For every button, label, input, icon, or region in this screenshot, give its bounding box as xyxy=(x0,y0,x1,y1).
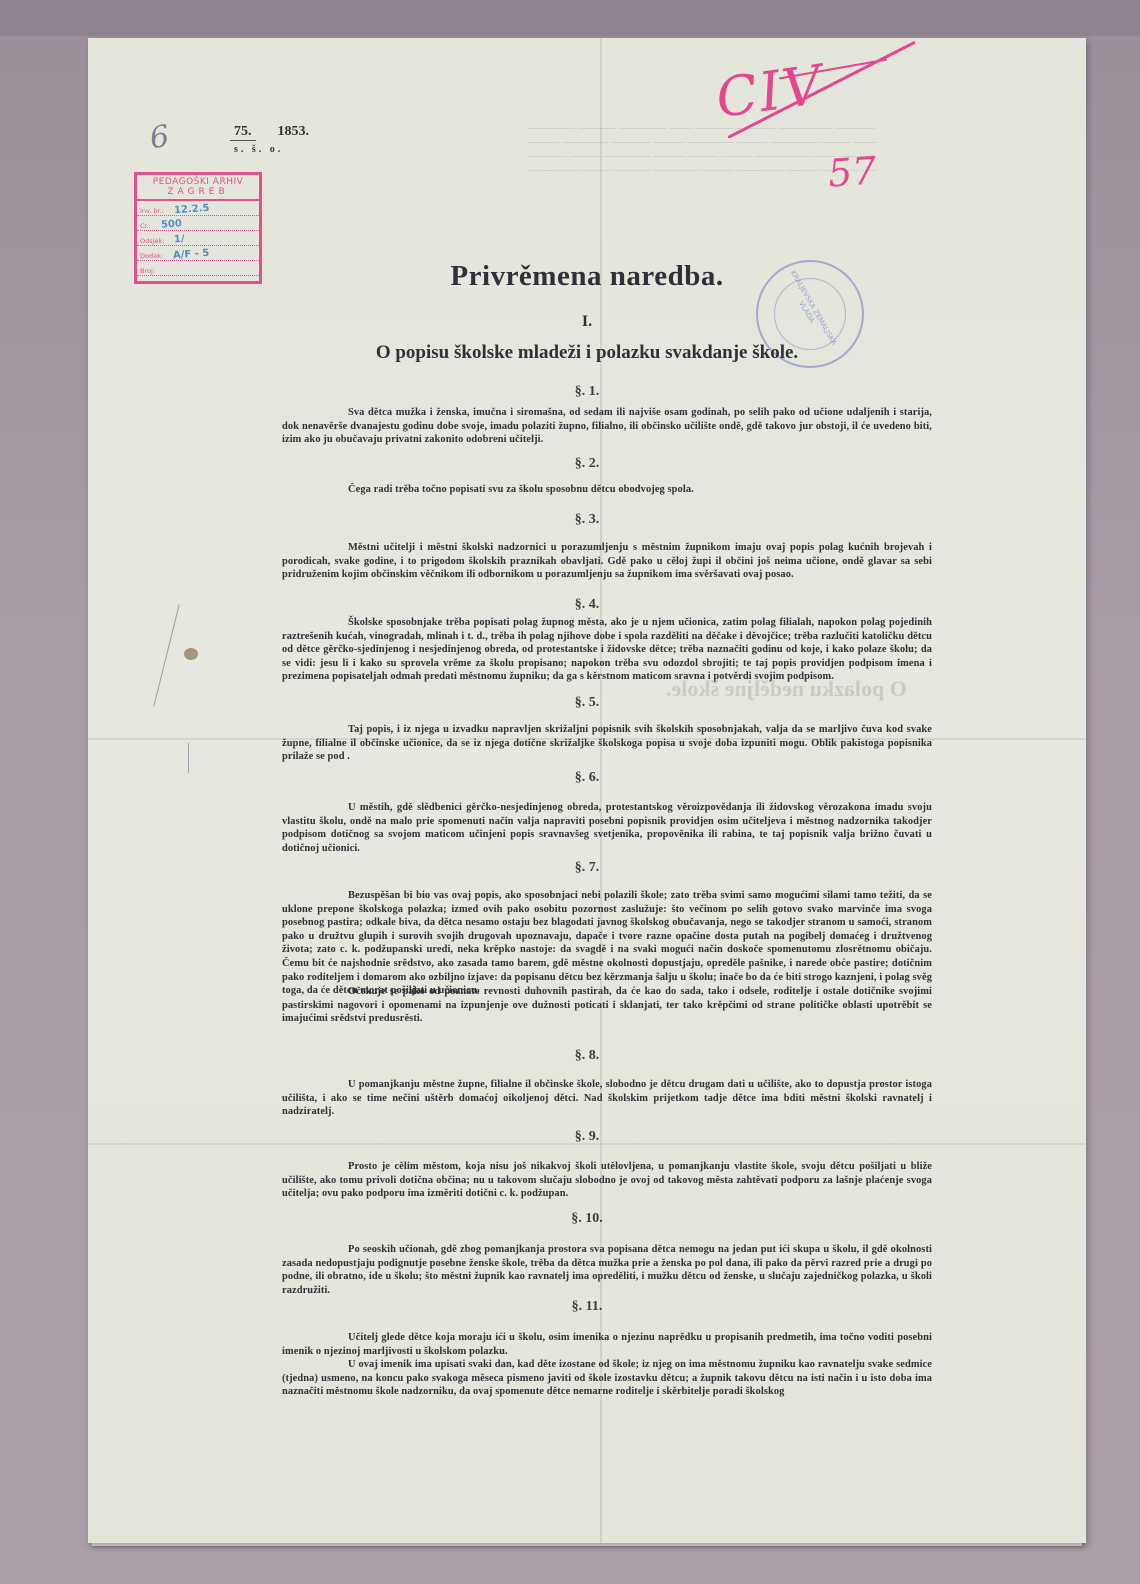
pencil-mark xyxy=(153,604,179,706)
section-heading: §. 10. xyxy=(88,1211,1086,1227)
section-paragraph: Taj popis, i iz njega u izvadku napravlj… xyxy=(282,723,932,764)
paragraph-text: Učitelj glede dětce koja moraju ići u šk… xyxy=(282,1331,932,1358)
archive-stamp-row: Inv. br.:12.2.5 xyxy=(137,201,259,216)
handwritten-page-number: 6 xyxy=(148,119,172,156)
section-heading: §. 5. xyxy=(88,695,1086,711)
archive-stamp-title: PEDAGOŠKI ARHIV xyxy=(137,177,259,187)
stamp-row-label: Odsjek: xyxy=(140,237,164,245)
section-heading: §. 7. xyxy=(88,860,1086,876)
archive-stamp-row: Dodak:A/F - 5 xyxy=(137,246,259,261)
reference-sub: s. š. o. xyxy=(234,144,283,155)
archive-stamp-city: ZAGREB xyxy=(137,187,259,201)
stamp-row-label: Inv. br.: xyxy=(140,207,164,215)
section-paragraph: Po seoskih učionah, gdě zbog pomanjkanja… xyxy=(282,1243,932,1297)
document-subtitle: O popisu školske mladeži i polazku svakd… xyxy=(88,342,1086,364)
section-heading: §. 2. xyxy=(88,456,1086,472)
section-heading: §. 8. xyxy=(88,1048,1086,1064)
red-annotation-top: CIV xyxy=(712,53,827,130)
reference-number: 75.1853. xyxy=(230,124,309,141)
section-paragraph: Městni učitelji i městni školski nadzorn… xyxy=(282,541,932,582)
section-heading: §. 9. xyxy=(88,1129,1086,1145)
section-heading: §. 6. xyxy=(88,770,1086,786)
section-paragraph: U městih, gdě slědbenici gěrčko-nesjedin… xyxy=(282,801,932,855)
archive-stamp-row: Cr.:500 xyxy=(137,216,259,231)
part-number: I. xyxy=(88,313,1086,331)
paragraph-text: Prosto je cělim městom, koja nisu još ni… xyxy=(282,1160,932,1201)
section-paragraph: Čega radi trěba točno popisati svu za šk… xyxy=(282,483,932,497)
archive-stamp-row: Odsjek:1/ xyxy=(137,231,259,246)
section-paragraph: Učitelj glede dětce koja moraju ići u šk… xyxy=(282,1331,932,1358)
paragraph-text: Očekuje se pako od poznate revnosti duho… xyxy=(282,985,932,1026)
red-annotation-bottom: 57 xyxy=(827,148,878,195)
paragraph-text: Čega radi trěba točno popisati svu za šk… xyxy=(282,483,932,497)
section-paragraph: U pomanjkanju městne župne, filialne il … xyxy=(282,1078,932,1119)
section-heading: §. 3. xyxy=(88,512,1086,528)
paragraph-text: U pomanjkanju městne župne, filialne il … xyxy=(282,1078,932,1119)
section-paragraph: Očekuje se pako od poznate revnosti duho… xyxy=(282,985,932,1026)
paragraph-text: Taj popis, i iz njega u izvadku napravlj… xyxy=(282,723,932,764)
stamp-row-value: 1/ xyxy=(174,234,185,246)
section-paragraph: Bezuspěšan bi bio vas ovaj popis, ako sp… xyxy=(282,889,932,998)
paragraph-text: Sva dětca mužka i ženska, imučna i sirom… xyxy=(282,406,932,447)
section-paragraph: U ovaj imenik ima upisati svaki dan, kad… xyxy=(282,1358,932,1399)
document-title: Privrěmena naredba. xyxy=(88,260,1086,293)
paragraph-text: Po seoskih učionah, gdě zbog pomanjkanja… xyxy=(282,1243,932,1297)
paragraph-text: U ovaj imenik ima upisati svaki dan, kad… xyxy=(282,1358,932,1399)
stamp-row-label: Cr.: xyxy=(140,222,151,230)
section-paragraph: Prosto je cělim městom, koja nisu još ni… xyxy=(282,1160,932,1201)
reference-num: 75. xyxy=(230,124,256,141)
section-paragraph: Sva dětca mužka i ženska, imučna i sirom… xyxy=(282,406,932,447)
reference-year: 1853. xyxy=(278,124,310,139)
pencil-mark xyxy=(188,743,189,773)
section-heading: §. 11. xyxy=(88,1299,1086,1315)
stamp-row-value: 12.2.5 xyxy=(174,203,210,216)
paragraph-text: Městni učitelji i městni školski nadzorn… xyxy=(282,541,932,582)
section-heading: §. 1. xyxy=(88,384,1086,400)
document-page: ────── ───── ────── ─── ────── ──── ────… xyxy=(88,38,1086,1543)
paragraph-text: U městih, gdě slědbenici gěrčko-nesjedin… xyxy=(282,801,932,855)
paragraph-text: Bezuspěšan bi bio vas ovaj popis, ako sp… xyxy=(282,889,932,998)
stamp-row-label: Dodak: xyxy=(140,252,163,260)
stain-spot xyxy=(184,648,198,660)
section-heading: §. 4. xyxy=(88,597,1086,613)
background-frame xyxy=(0,0,1140,36)
stamp-row-value: 500 xyxy=(161,218,183,230)
paragraph-text: Školske sposobnjake trěba popisati polag… xyxy=(282,616,932,684)
section-paragraph: Školske sposobnjake trěba popisati polag… xyxy=(282,616,932,684)
